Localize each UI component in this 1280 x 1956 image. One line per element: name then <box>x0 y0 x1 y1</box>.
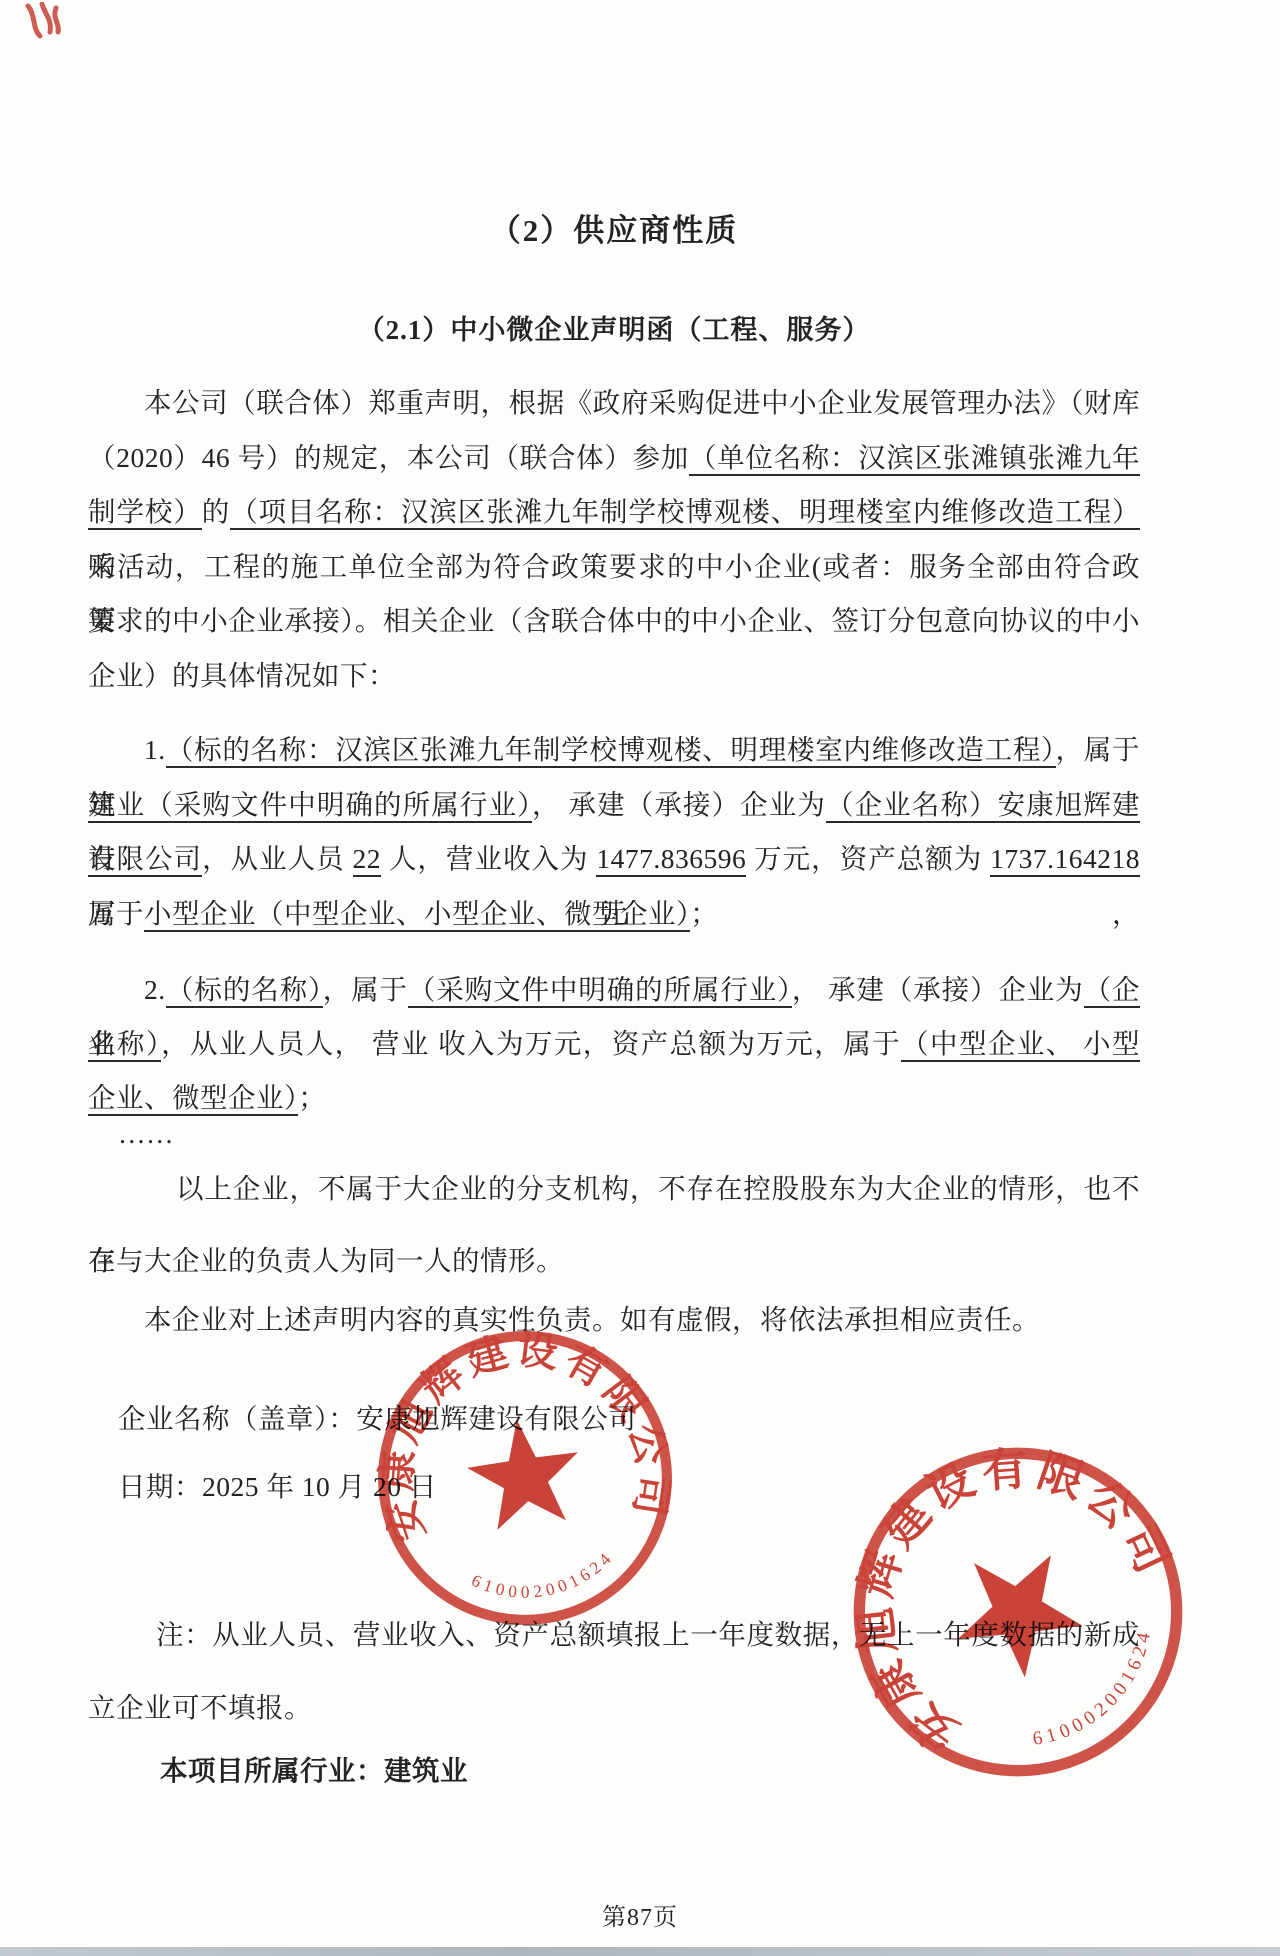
text-line: 名称），从业人员人， 营业 收入为万元，资产总额为万元，属于（中型企业、 小型 <box>88 1017 1140 1071</box>
text-line: 有限公司，从业人员 22 人，营业收入为 1477.836596 万元，资产总额… <box>88 832 1140 887</box>
text-run: 的 <box>202 496 230 527</box>
underlined-fill-in: 1737.164218 <box>990 843 1140 877</box>
text-line: 立企业可不填报。 <box>88 1671 1140 1744</box>
doc-subtitle: （2.1）中小微企业声明函（工程、服务） <box>88 308 1140 347</box>
underlined-fill-in: （采购文件中明确的所属行业） <box>408 974 792 1008</box>
text-run: 在与大企业的负责人为同一人的情形。 <box>88 1245 564 1276</box>
sign-date-line: 日期：2025 年 10 月 20 日 <box>118 1464 437 1504</box>
text-line: 企业、微型企业）； <box>88 1071 1140 1125</box>
text-run: ； <box>298 1082 326 1113</box>
document-page: （2）供应商性质 （2.1）中小微企业声明函（工程、服务） 本公司（联合体）郑重… <box>0 0 1280 1956</box>
text-line: 在与大企业的负责人为同一人的情形。 <box>88 1225 1140 1297</box>
underlined-fill-in: （标的名称） <box>166 974 323 1008</box>
text-run: 企业）的具体情况如下： <box>88 660 396 691</box>
text-line: 1.（标的名称：汉滨区张滩九年制学校博观楼、明理楼室内维修改造工程），属于 建 <box>88 723 1140 778</box>
text-line: 以上企业，不属于大企业的分支机构，不存在控股股东为大企业的情形，也不存 <box>88 1153 1140 1225</box>
doc-title: （2）供应商性质 <box>88 205 1140 250</box>
text-run: ，属于 <box>323 974 408 1005</box>
text-run: 要求的中小企业承接）。相关企业（含联合体中的中小企业、签订分包意向协议的中小 <box>88 605 1140 636</box>
underlined-fill-in: 小型企业（中型企业、小型企业、微型企业） <box>144 898 690 932</box>
text-run: 本公司（联合体）郑重声明，根据《政府采购促进中小企业发展管理办法》（财库 <box>144 387 1140 418</box>
text-line: 企业）的具体情况如下： <box>88 649 1140 704</box>
text-run: 立企业可不填报。 <box>88 1692 312 1723</box>
underlined-fill-in: 1477.836596 <box>596 843 746 877</box>
page-footer: 第87页 <box>0 1897 1280 1932</box>
underlined-fill-in: 有限公司 <box>88 843 202 877</box>
text-line: （2020）46 号）的规定，本公司（联合体）参加（单位名称：汉滨区张滩镇张滩九… <box>88 431 1140 486</box>
underlined-fill-in: （单位名称：汉滨区张滩镇张滩九年 <box>689 442 1140 476</box>
text-line: 2.（标的名称），属于（采购文件中明确的所属行业）， 承建（承接）企业为（企 业 <box>88 963 1140 1017</box>
text-run: 人，营业收入为 <box>381 843 596 874</box>
paragraph-intro: 本公司（联合体）郑重声明，根据《政府采购促进中小企业发展管理办法》（财库（202… <box>88 376 1140 703</box>
sign-company-line: 企业名称（盖章）：安康旭辉建设有限公司 <box>118 1396 636 1436</box>
text-run: ； <box>690 898 718 929</box>
text-line: 制学校）的（项目名称：汉滨区张滩九年制学校博观楼、明理楼室内维修改造工程）采 <box>88 485 1140 540</box>
note-paragraph: 注：从业人员、营业收入、资产总额填报上一年度数据，无上一年度数据的新成立企业可不… <box>88 1598 1140 1744</box>
paragraph-item-1: 1.（标的名称：汉滨区张滩九年制学校博观楼、明理楼室内维修改造工程），属于 建筑… <box>88 723 1140 941</box>
text-run: ，从业人员人， 营业 收入为万元，资产总额为万元，属于 <box>161 1028 901 1059</box>
industry-line: 本项目所属行业：建筑业 <box>160 1748 468 1788</box>
text-run: ，属于 <box>1056 734 1140 765</box>
text-run: 万元，资产总额为 <box>746 843 990 874</box>
underlined-fill-in: 筑业（采购文件中明确的所属行业） <box>88 789 532 823</box>
text-line: 本公司（联合体）郑重声明，根据《政府采购促进中小企业发展管理办法》（财库 <box>88 376 1140 431</box>
bottom-scan-bar <box>0 1947 1280 1956</box>
text-run: ，从业人员 <box>202 843 352 874</box>
red-pen-mark <box>22 2 82 58</box>
text-run: 本企业对上述声明内容的真实性负责。如有虚假，将依法承担相应责任。 <box>144 1304 1040 1335</box>
text-run: 1. <box>144 734 166 765</box>
text-run: （2020）46 号）的规定，本公司（联合体）参加 <box>88 442 689 473</box>
text-line: 本企业对上述声明内容的真实性负责。如有虚假，将依法承担相应责任。 <box>88 1293 1140 1347</box>
ellipsis-line: …… <box>118 1118 174 1150</box>
paragraph-assurance: 以上企业，不属于大企业的分支机构，不存在控股股东为大企业的情形，也不存在与大企业… <box>88 1153 1140 1297</box>
underlined-fill-in: 企业、微型企业） <box>88 1082 298 1116</box>
text-line: 注：从业人员、营业收入、资产总额填报上一年度数据，无上一年度数据的新成 <box>88 1598 1140 1671</box>
paragraph-liability: 本企业对上述声明内容的真实性负责。如有虚假，将依法承担相应责任。 <box>88 1293 1140 1347</box>
underlined-fill-in: （中型企业、 小型 <box>901 1028 1140 1062</box>
text-run: ， 承建（承接）企业为 <box>792 974 1084 1005</box>
underlined-fill-in: （项目名称：汉滨区张滩九年制学校博观楼、明理楼室内维修改造工程） <box>230 496 1140 530</box>
underlined-fill-in: （标的名称：汉滨区张滩九年制学校博观楼、明理楼室内维修改造工程） <box>166 734 1056 768</box>
text-line: 筑业（采购文件中明确的所属行业）， 承建（承接）企业为（企业名称）安康旭辉建设 <box>88 778 1140 833</box>
paragraph-item-2: 2.（标的名称），属于（采购文件中明确的所属行业）， 承建（承接）企业为（企 业… <box>88 963 1140 1125</box>
text-run: 2. <box>144 974 166 1005</box>
underlined-fill-in: 22 <box>353 843 382 877</box>
text-run: 注：从业人员、营业收入、资产总额填报上一年度数据，无上一年度数据的新成 <box>156 1619 1140 1650</box>
underlined-fill-in: 名称） <box>88 1028 161 1062</box>
text-line: 购活动，工程的施工单位全部为符合政策要求的中小企业(或者：服务全部由符合政 策 <box>88 540 1140 595</box>
text-line: 要求的中小企业承接）。相关企业（含联合体中的中小企业、签订分包意向协议的中小 <box>88 594 1140 649</box>
text-run: ， 承建（承接）企业为 <box>532 789 826 820</box>
underlined-fill-in: 制学校） <box>88 496 202 530</box>
text-run: 属于 <box>88 898 144 929</box>
